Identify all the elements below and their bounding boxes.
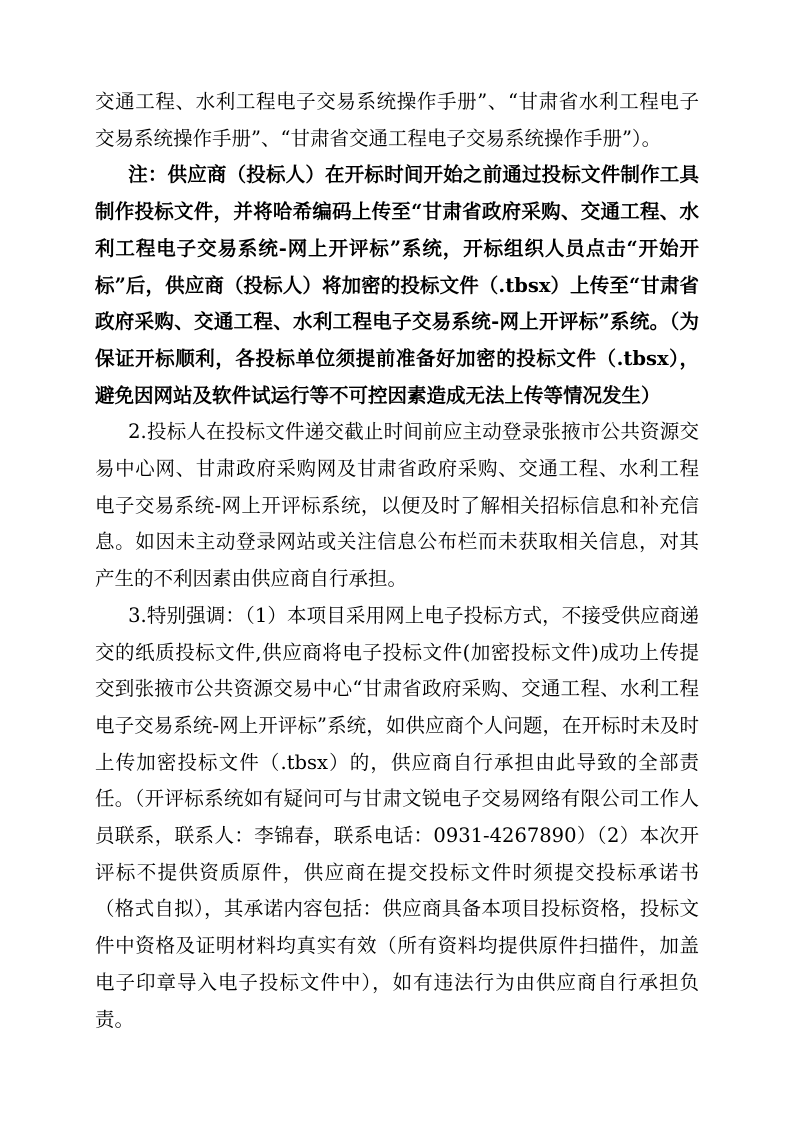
paragraph-item-3: 3.特别强调：（1）本项目采用网上电子投标方式，不接受供应商递交的纸质投标文件,…	[95, 598, 699, 1038]
document-page: 交通工程、水利工程电子交易系统操作手册”、“甘肃省水利工程电子交易系统操作手册”…	[0, 0, 793, 1122]
paragraph-note-bold: 注：供应商（投标人）在开标时间开始之前通过投标文件制作工具制作投标文件，并将哈希…	[95, 157, 699, 414]
paragraph-continuation: 交通工程、水利工程电子交易系统操作手册”、“甘肃省水利工程电子交易系统操作手册”…	[95, 84, 699, 157]
document-content: 交通工程、水利工程电子交易系统操作手册”、“甘肃省水利工程电子交易系统操作手册”…	[95, 84, 699, 1038]
paragraph-item-2: 2.投标人在投标文件递交截止时间前应主动登录张掖市公共资源交易中心网、甘肃政府采…	[95, 414, 699, 598]
